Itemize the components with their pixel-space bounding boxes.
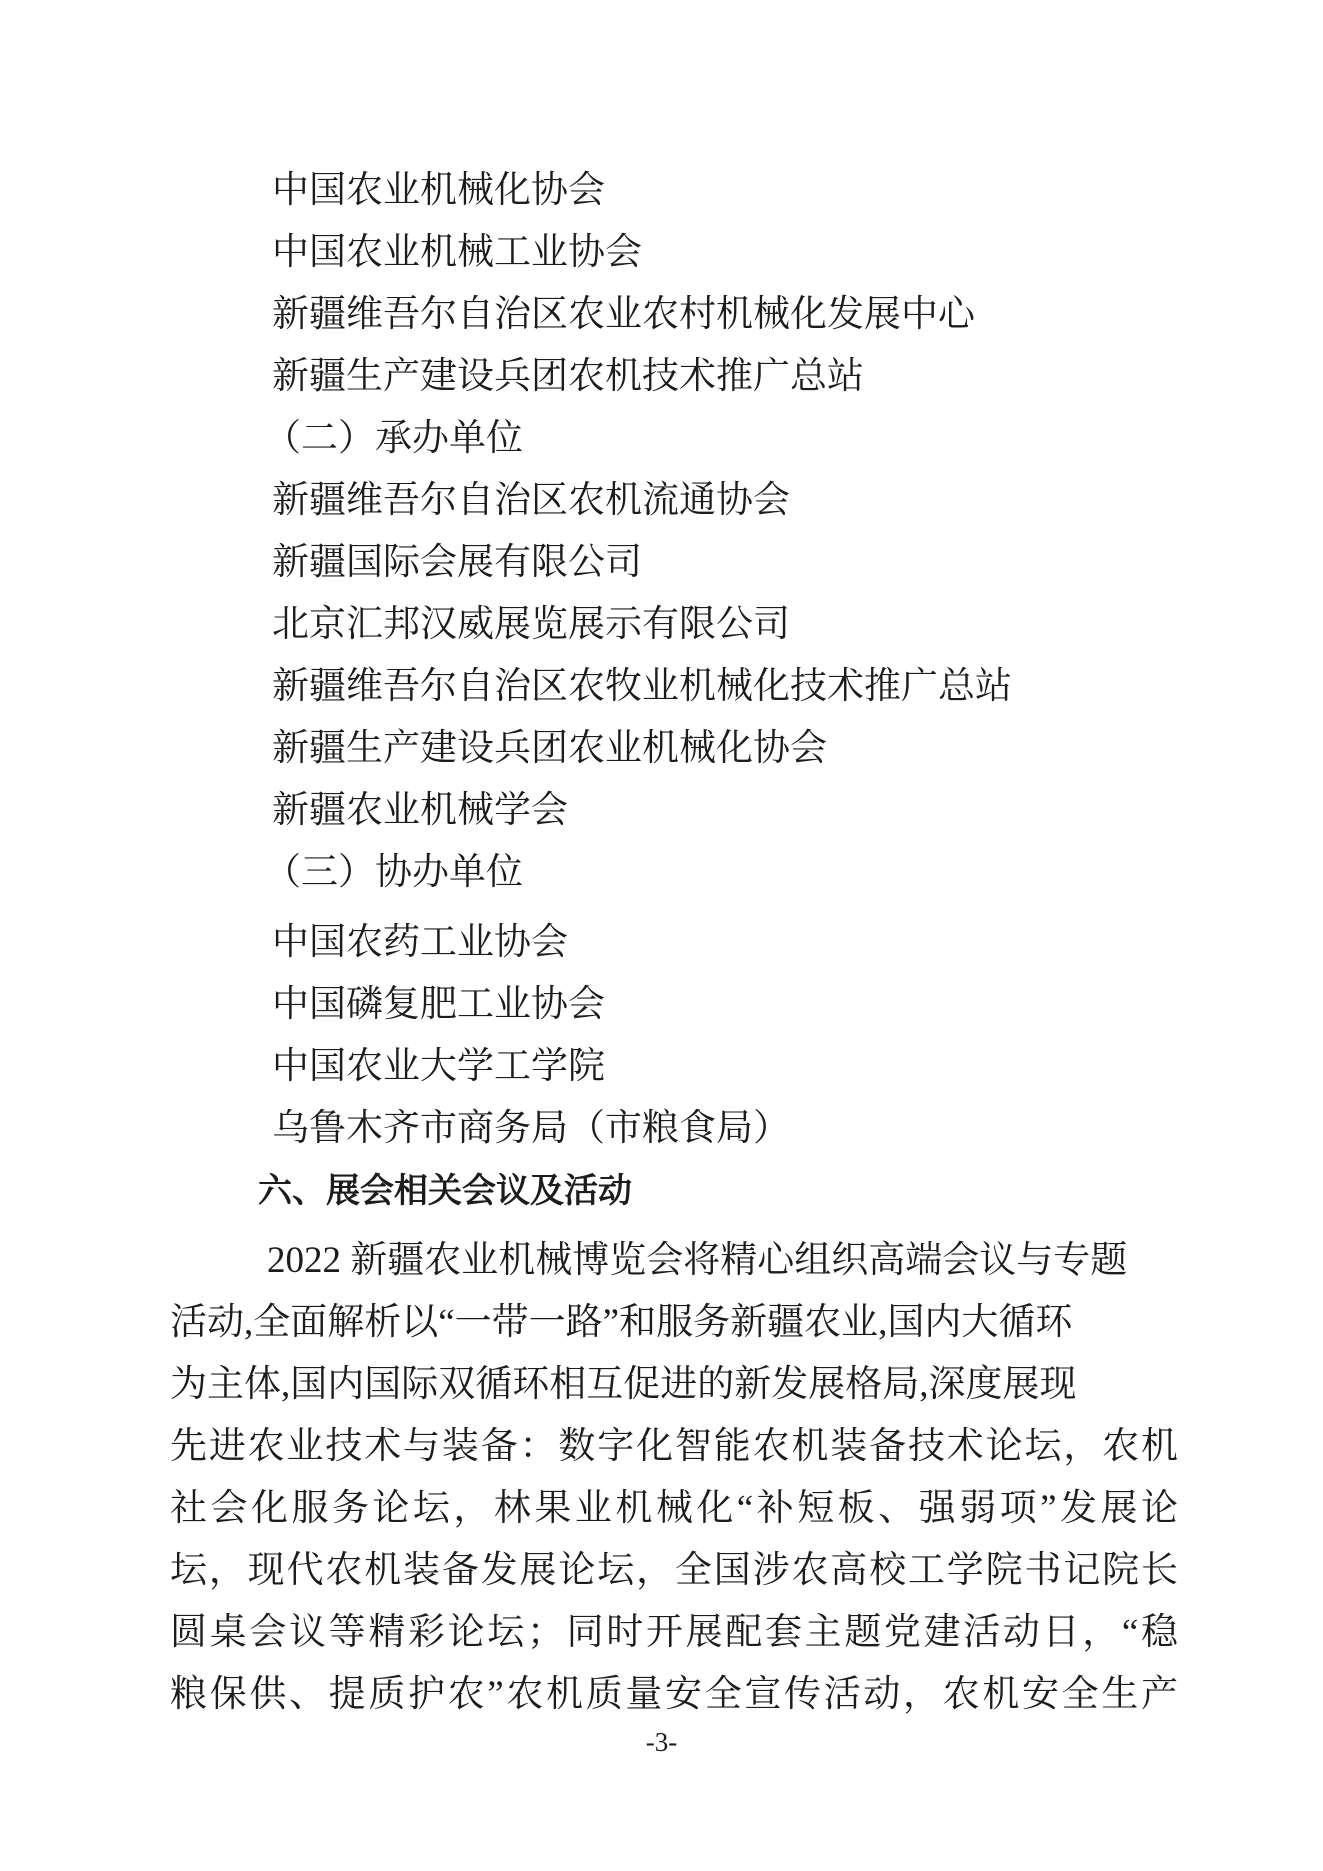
co-organizer-unit-line: 中国农业大学工学院 [170,1036,1178,1098]
section-heading-six: 六、展会相关会议及活动 [170,1160,1178,1222]
paragraph-line: 粮保供、提质护农”农机质量安全宣传活动，农机安全生产 [170,1664,1178,1726]
co-organizer-unit-line: 中国磷复肥工业协会 [170,974,1178,1036]
paragraph-line: 为主体,国内国际双循环相互促进的新发展格局,深度展现 [170,1354,1178,1416]
subsection-heading-undertaking: （二）承办单位 [170,408,1178,470]
paragraph-line: 活动,全面解析以“一带一路”和服务新疆农业,国内大循环 [170,1292,1178,1354]
paragraph-line: 社会化服务论坛，林果业机械化“补短板、强弱项”发展论 [170,1478,1178,1540]
host-unit-line: 中国农业机械化协会 [170,160,1178,222]
host-unit-line: 新疆生产建设兵团农机技术推广总站 [170,346,1178,408]
undertaking-unit-line: 新疆农业机械学会 [170,780,1178,842]
document-body: 中国农业机械化协会 中国农业机械工业协会 新疆维吾尔自治区农业农村机械化发展中心… [170,160,1178,1726]
paragraph-line: 先进农业技术与装备：数字化智能农机装备技术论坛，农机 [170,1416,1178,1478]
host-unit-line: 新疆维吾尔自治区农业农村机械化发展中心 [170,284,1178,346]
paragraph-line: 2022 新疆农业机械博览会将精心组织高端会议与专题 [170,1230,1178,1292]
subsection-heading-coorganizer: （三）协办单位 [170,842,1178,904]
paragraph-line: 圆桌会议等精彩论坛；同时开展配套主题党建活动日，“稳 [170,1602,1178,1664]
undertaking-unit-line: 新疆维吾尔自治区农牧业机械化技术推广总站 [170,656,1178,718]
co-organizer-unit-line: 乌鲁木齐市商务局（市粮食局） [170,1098,1178,1160]
undertaking-unit-line: 新疆国际会展有限公司 [170,532,1178,594]
host-unit-line: 中国农业机械工业协会 [170,222,1178,284]
undertaking-unit-line: 新疆维吾尔自治区农机流通协会 [170,470,1178,532]
co-organizer-unit-line: 中国农药工业协会 [170,912,1178,974]
undertaking-unit-line: 新疆生产建设兵团农业机械化协会 [170,718,1178,780]
paragraph-line: 坛，现代农机装备发展论坛，全国涉农高校工学院书记院长 [170,1540,1178,1602]
page-number: -3- [0,1726,1323,1758]
document-page: 中国农业机械化协会 中国农业机械工业协会 新疆维吾尔自治区农业农村机械化发展中心… [0,0,1323,1871]
undertaking-unit-line: 北京汇邦汉威展览展示有限公司 [170,594,1178,656]
